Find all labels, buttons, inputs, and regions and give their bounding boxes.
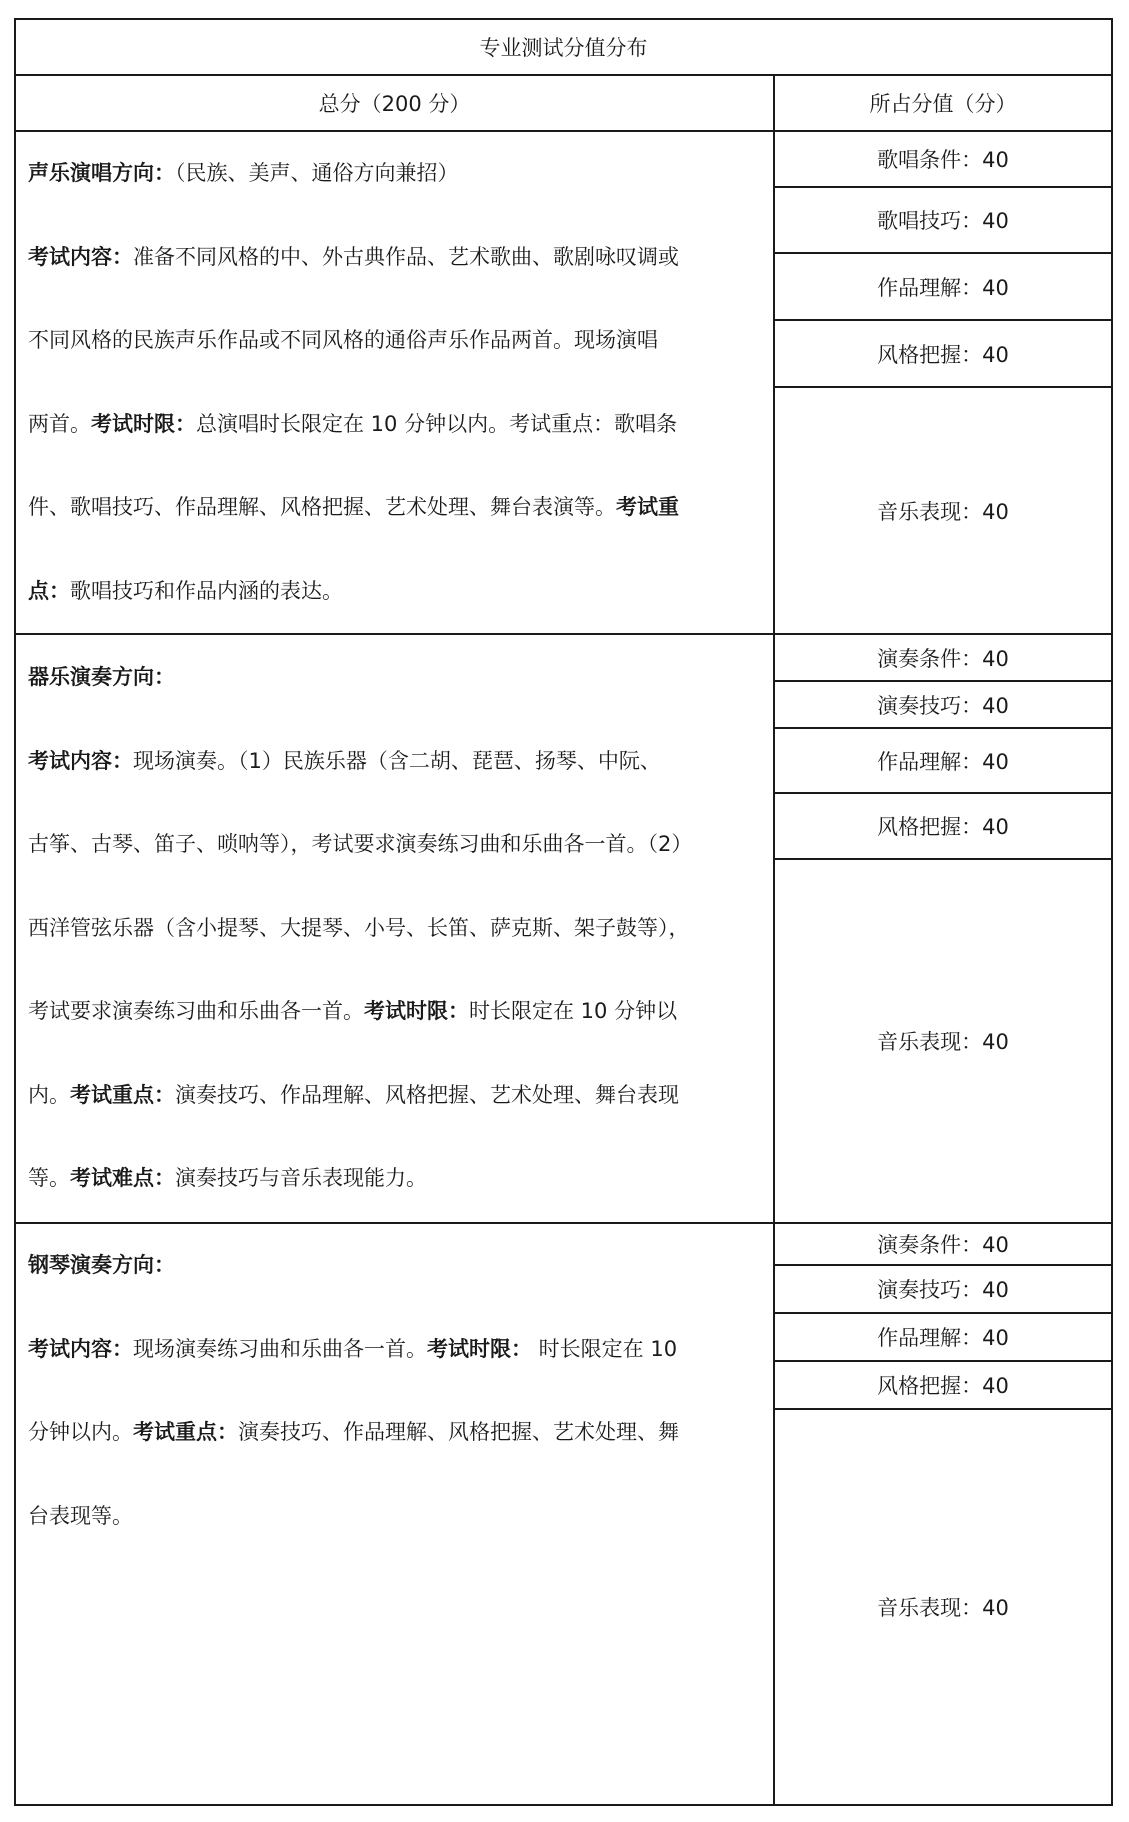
score-cell: 演奏技巧：40 xyxy=(775,1266,1111,1312)
score-cell: 演奏条件：40 xyxy=(775,635,1111,680)
section-divider xyxy=(14,633,775,635)
score-cell: 音乐表现：40 xyxy=(775,860,1111,1222)
score-cell: 作品理解：40 xyxy=(775,1314,1111,1360)
section-instrumental: 器乐演奏方向：考试内容：现场演奏。（1）民族乐器（含二胡、琵琶、扬琴、中阮、古筝… xyxy=(28,636,768,1221)
section-text-line: 点：歌唱技巧和作品内涵的表达。 xyxy=(28,550,768,634)
section-text-line: 考试内容：现场演奏。（1）民族乐器（含二胡、琵琶、扬琴、中阮、 xyxy=(28,720,768,804)
score-cell: 作品理解：40 xyxy=(775,729,1111,792)
section-piano: 钢琴演奏方向：考试内容：现场演奏练习曲和乐曲各一首。考试时限： 时长限定在 10… xyxy=(28,1224,768,1558)
section-heading: 声乐演唱方向：（民族、美声、通俗方向兼招） xyxy=(28,132,768,216)
col-header-total: 总分（200 分） xyxy=(16,76,773,130)
section-text-line: 考试内容：准备不同风格的中、外古典作品、艺术歌曲、歌剧咏叹调或 xyxy=(28,216,768,300)
col-header-score: 所占分值（分） xyxy=(775,76,1111,130)
score-cell: 风格把握：40 xyxy=(775,321,1111,386)
score-cell: 作品理解：40 xyxy=(775,254,1111,319)
section-text-line: 等。考试难点：演奏技巧与音乐表现能力。 xyxy=(28,1137,768,1221)
score-cell: 演奏技巧：40 xyxy=(775,682,1111,727)
section-text-line: 两首。考试时限：总演唱时长限定在 10 分钟以内。考试重点：歌唱条 xyxy=(28,383,768,467)
section-text-line: 台表现等。 xyxy=(28,1475,768,1559)
section-heading: 器乐演奏方向： xyxy=(28,636,768,720)
table-title: 专业测试分值分布 xyxy=(16,20,1111,74)
score-cell: 歌唱条件：40 xyxy=(775,132,1111,186)
section-text-line: 考试要求演奏练习曲和乐曲各一首。考试时限：时长限定在 10 分钟以 xyxy=(28,970,768,1054)
section-text-line: 古筝、古琴、笛子、唢呐等），考试要求演奏练习曲和乐曲各一首。（2） xyxy=(28,803,768,887)
section-text-line: 内。考试重点：演奏技巧、作品理解、风格把握、艺术处理、舞台表现 xyxy=(28,1054,768,1138)
score-cell: 音乐表现：40 xyxy=(775,1410,1111,1804)
score-cell: 风格把握：40 xyxy=(775,1362,1111,1408)
section-text-line: 件、歌唱技巧、作品理解、风格把握、艺术处理、舞台表演等。考试重 xyxy=(28,466,768,550)
section-text-line: 考试内容：现场演奏练习曲和乐曲各一首。考试时限： 时长限定在 10 xyxy=(28,1308,768,1392)
section-text-line: 分钟以内。考试重点：演奏技巧、作品理解、风格把握、艺术处理、舞 xyxy=(28,1391,768,1475)
section-text-line: 不同风格的民族声乐作品或不同风格的通俗声乐作品两首。现场演唱 xyxy=(28,299,768,383)
score-cell: 音乐表现：40 xyxy=(775,388,1111,633)
score-cell: 歌唱技巧：40 xyxy=(775,188,1111,252)
score-cell: 风格把握：40 xyxy=(775,794,1111,858)
section-heading: 钢琴演奏方向： xyxy=(28,1224,768,1308)
section-text-line: 西洋管弦乐器（含小提琴、大提琴、小号、长笛、萨克斯、架子鼓等）， xyxy=(28,887,768,971)
section-vocal: 声乐演唱方向：（民族、美声、通俗方向兼招）考试内容：准备不同风格的中、外古典作品… xyxy=(28,132,768,633)
score-cell: 演奏条件：40 xyxy=(775,1224,1111,1264)
